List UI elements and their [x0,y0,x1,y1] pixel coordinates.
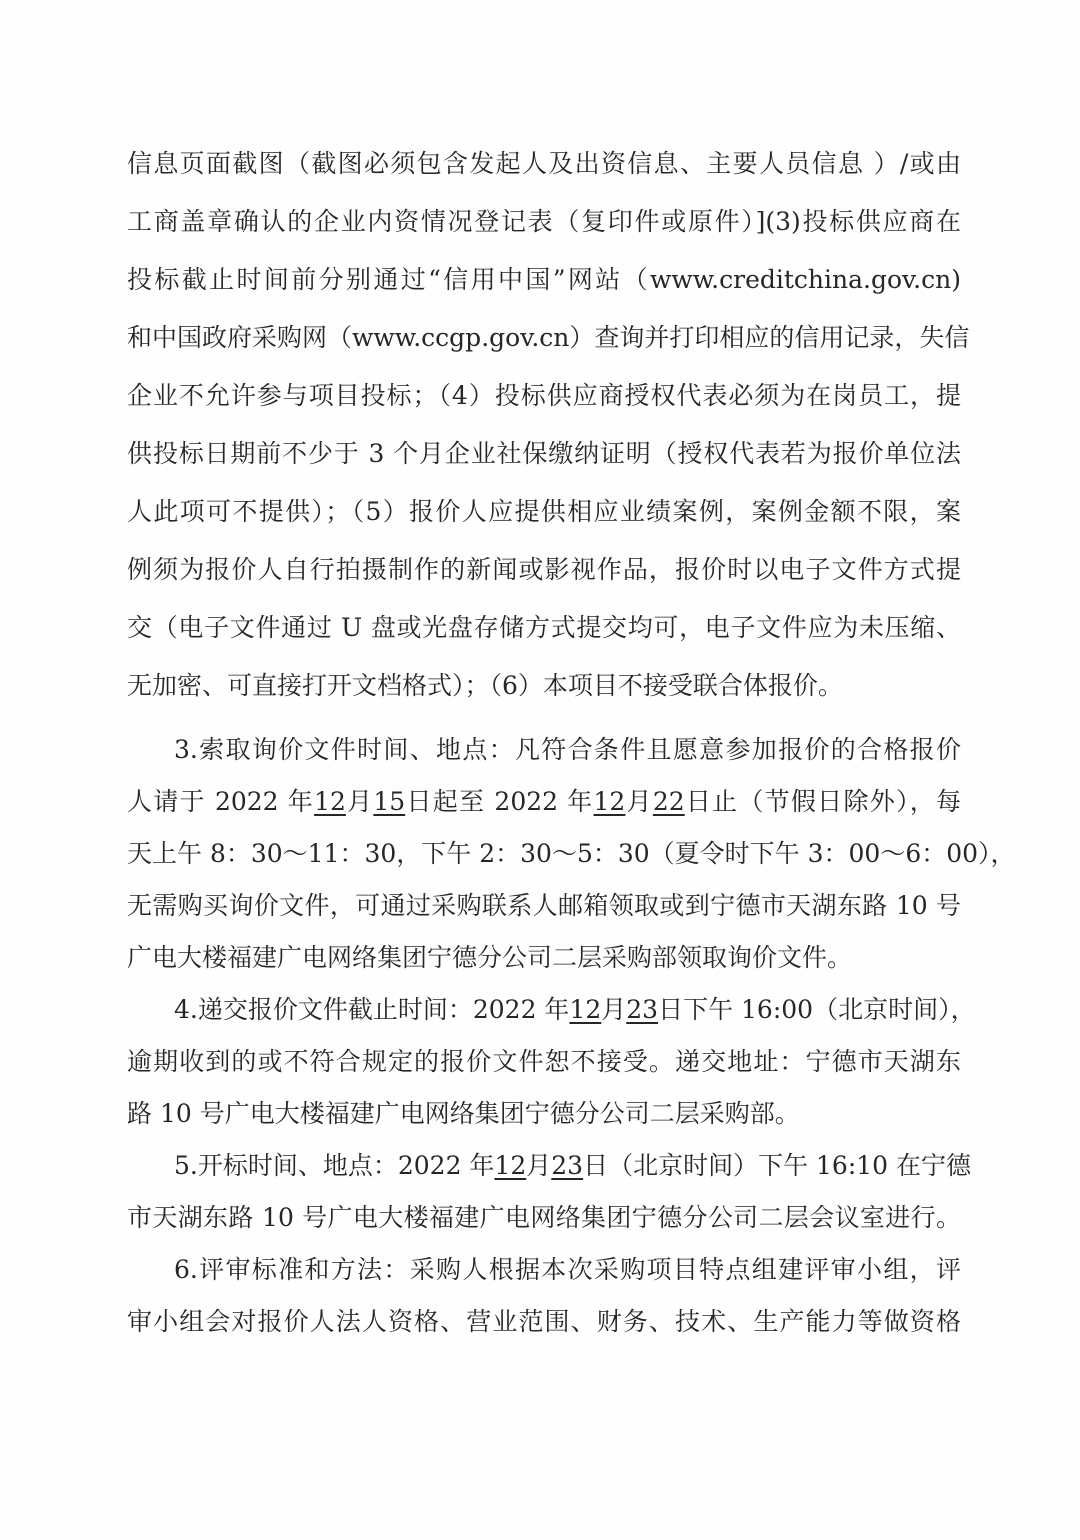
section-4-deadline-line: 4.递交报价文件截止时间：2022 年12月23日下午 16:00（北京时间）， [174,990,961,1030]
start-day: 15 [373,787,405,816]
end-day: 22 [653,787,685,816]
paragraph-line: 工商盖章确认的企业内资情况登记表（复印件或原件）](3)投标供应商在 [127,202,961,242]
paragraph-line: 和中国政府采购网（www.ccgp.gov.cn）查询并打印相应的信用记录，失信 [127,318,961,358]
text-span: 月 [346,787,374,816]
section-6-heading-line: 6.评审标准和方法：采购人根据本次采购项目特点组建评审小组，评 [174,1250,961,1290]
text-span: 月 [601,995,626,1024]
section-3-heading-line: 3.索取询价文件时间、地点：凡符合条件且愿意参加报价的合格报价 [174,730,961,770]
paragraph-line: 人此项可不提供）；（5）报价人应提供相应业绩案例，案例金额不限，案 [127,492,961,532]
text-span: 日下午 16:00（北京时间）， [658,995,976,1024]
opening-month: 12 [494,1151,526,1180]
text-span: 4.递交报价文件截止时间：2022 年 [174,995,569,1024]
paragraph-line: 供投标日期前不少于 3 个月企业社保缴纳证明（授权代表若为报价单位法 [127,434,961,474]
text-span: 人请于 2022 年 [127,787,314,816]
document-page: 信息页面截图（截图必须包含发起人及出资信息、主要人员信息 ）/或由 工商盖章确认… [0,0,1080,1540]
text-span: 5.开标时间、地点：2022 年 [174,1151,494,1180]
end-month: 12 [594,787,626,816]
paragraph-line: 投标截止时间前分别通过“信用中国”网站（www.creditchina.gov.… [127,260,961,300]
section-3-address-line: 广电大楼福建广电网络集团宁德分公司二层采购部领取询价文件。 [127,938,961,978]
deadline-month: 12 [569,995,601,1024]
text-span: 日（北京时间）下午 16:10 在宁德 [583,1151,971,1180]
section-6-text-line: 审小组会对报价人法人资格、营业范围、财务、技术、生产能力等做资格 [127,1302,961,1342]
section-5-time-line: 5.开标时间、地点：2022 年12月23日（北京时间）下午 16:10 在宁德 [174,1146,961,1186]
text-span: 日止（节假日除外），每 [685,787,961,816]
section-4-text-line: 逾期收到的或不符合规定的报价文件恕不接受。递交地址：宁德市天湖东 [127,1042,961,1082]
paragraph-line: 企业不允许参与项目投标；（4）投标供应商授权代表必须为在岗员工，提 [127,376,961,416]
deadline-day: 23 [626,995,658,1024]
text-span: 月 [526,1151,551,1180]
section-4-address-line: 路 10 号广电大楼福建广电网络集团宁德分公司二层采购部。 [127,1094,961,1134]
paragraph-line: 信息页面截图（截图必须包含发起人及出资信息、主要人员信息 ）/或由 [127,144,961,184]
text-span: 月 [625,787,653,816]
paragraph-line: 无加密、可直接打开文档格式）；（6）本项目不接受联合体报价。 [127,666,961,706]
paragraph-line: 交（电子文件通过 U 盘或光盘存储方式提交均可，电子文件应为未压缩、 [127,608,961,648]
section-3-date-line: 人请于 2022 年12月15日起至 2022 年12月22日止（节假日除外），… [127,782,961,822]
opening-day: 23 [551,1151,583,1180]
section-3-address-line: 无需购买询价文件，可通过采购联系人邮箱领取或到宁德市天湖东路 10 号 [127,886,961,926]
paragraph-line: 例须为报价人自行拍摄制作的新闻或影视作品，报价时以电子文件方式提 [127,550,961,590]
section-3-hours-line: 天上午 8：30～11：30，下午 2：30～5：30（夏令时下午 3：00～6… [127,834,961,874]
start-month: 12 [314,787,346,816]
text-span: 日起至 2022 年 [405,787,593,816]
section-5-location-line: 市天湖东路 10 号广电大楼福建广电网络集团宁德分公司二层会议室进行。 [127,1198,961,1238]
